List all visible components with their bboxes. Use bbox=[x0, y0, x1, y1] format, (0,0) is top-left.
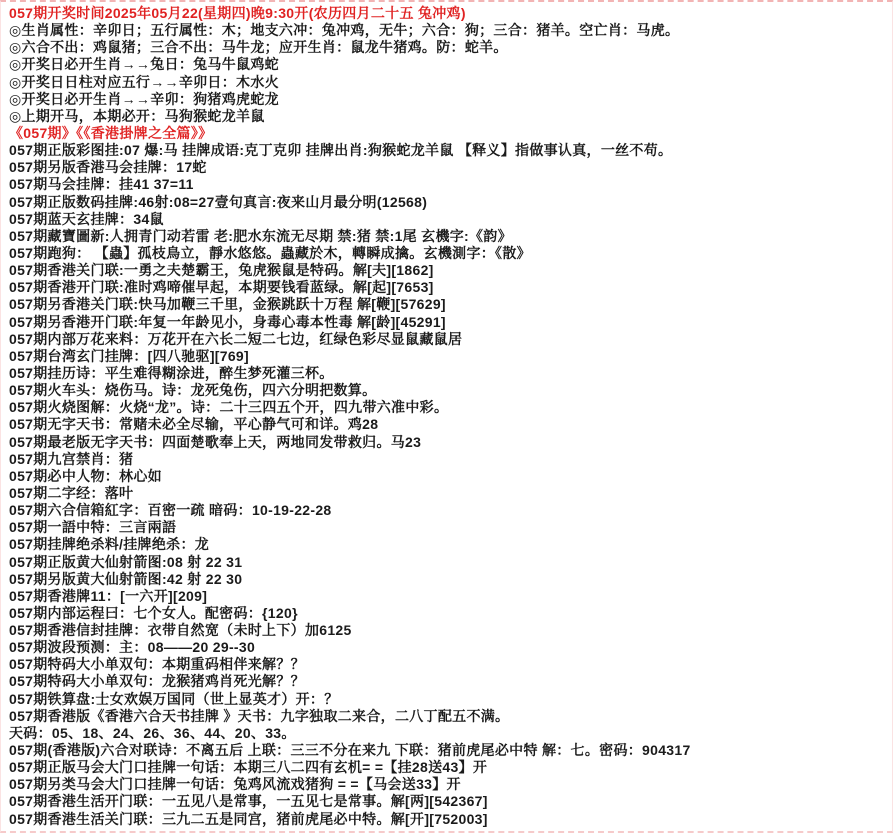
text-line: 057期藏寶圖新:人拥青门动若雷 老:肥水东流无尽期 禁:猪 禁:1尾 玄機字:… bbox=[9, 228, 888, 245]
text-line: 057期无字天书：常赌未必全尽输，平心静气可和详。鸡28 bbox=[9, 416, 888, 433]
text-line: 057期另类马会大门口挂牌一句话：兔鸡风流戏猪狗 = =【马会送33】开 bbox=[9, 776, 888, 793]
text-line: 057期正版马会大门口挂牌一句话：本期三八二四有玄机= =【挂28送43】开 bbox=[9, 759, 888, 776]
text-line: 057期香港牌11：[一六开][209] bbox=[9, 588, 888, 605]
text-lines-container: 057期开奖时间2025年05月22(星期四)晚9:30开(农历四月二十五 兔冲… bbox=[9, 5, 888, 828]
text-line: 057期一語中特：三言兩語 bbox=[9, 519, 888, 536]
text-line: 057期香港开门联:准时鸡啼催早起，本期要钱看蓝绿。解[起][7653] bbox=[9, 279, 888, 296]
text-line: 057期波段预测：主：08——20 29--30 bbox=[9, 639, 888, 656]
text-line: 057期特码大小单双句：龙猴猪鸡肖死光解？？ bbox=[9, 673, 888, 690]
lottery-info-page: 057期开奖时间2025年05月22(星期四)晚9:30开(农历四月二十五 兔冲… bbox=[0, 0, 893, 833]
text-line: 057期挂牌绝杀料/挂牌绝杀：龙 bbox=[9, 536, 888, 553]
text-line: 057期马会挂牌：挂41 37=11 bbox=[9, 176, 888, 193]
text-line: 057期另香港开门联:年复一年龄见小，身毒心毒本性毒 解[龄][45291] bbox=[9, 314, 888, 331]
text-line: ◎生肖属性：辛卯日；五行属性：木；地支六冲：兔冲鸡，无牛；六合：狗；三合：猪羊。… bbox=[9, 22, 888, 39]
text-line: 057期香港信封挂牌：衣带自然宽（未时上下）加6125 bbox=[9, 622, 888, 639]
text-line: 天码：05、18、24、26、36、44、20、33。 bbox=[9, 725, 888, 742]
text-line: 057期台湾玄门挂牌：[四八驰驱][769] bbox=[9, 348, 888, 365]
text-line: 057期二字经：落叶 bbox=[9, 485, 888, 502]
text-line: ◎开奖日必开生肖→→兔日：兔马牛鼠鸡蛇 bbox=[9, 56, 888, 73]
text-line: 057期香港版《香港六合天书挂牌 》天书：九字独取二来合，二八丁配五不满。 bbox=[9, 708, 888, 725]
text-line: 057期铁算盘:士女欢娱万国同（世上显英才）开：？ bbox=[9, 691, 888, 708]
text-line: 057期香港生活开门联：一五见八是常事，一五见七是常事。解[两][542367] bbox=[9, 793, 888, 810]
text-line: 057期特码大小单双句：本期重码相伴来解？？ bbox=[9, 656, 888, 673]
text-line: 057期九宫禁肖：猪 bbox=[9, 451, 888, 468]
text-line: 057期正版黄大仙射箭图:08 射 22 31 bbox=[9, 554, 888, 571]
text-line: 057期内部万花来料：万花开在六长二短二七边，红绿色彩尽显鼠藏鼠居 bbox=[9, 331, 888, 348]
text-line: 057期火烧图解：火烧“龙”。诗：二十三四五个开，四九带六准中彩。 bbox=[9, 399, 888, 416]
text-line: 057期六合信箱紅字：百密一疏 暗码：10-19-22-28 bbox=[9, 502, 888, 519]
text-line: 057期(香港版)六合对联诗：不离五后 上联：三三不分在来九 下联：猪前虎尾必中… bbox=[9, 742, 888, 759]
text-line: ◎开奖日必开生肖→→辛卯：狗猪鸡虎蛇龙 bbox=[9, 91, 888, 108]
text-line: 057期另香港关门联:快马加鞭三千里，金猴跳跃十万程 解[鞭][57629] bbox=[9, 296, 888, 313]
text-line: 057期另版黄大仙射箭图:42 射 22 30 bbox=[9, 571, 888, 588]
text-line: 057期内部运程曰：七个女人。配密码：{120} bbox=[9, 605, 888, 622]
text-line: 057期正版彩图挂:07 爆:马 挂牌成语:克丁克卯 挂牌出肖:狗猴蛇龙羊鼠 【… bbox=[9, 142, 888, 159]
text-line: 057期跑狗： 【蟲】孤枝鳥立，靜水悠悠。蟲藏於木，轉瞬成擒。玄機測字：《散》 bbox=[9, 245, 888, 262]
text-line: 057期必中人物：林心如 bbox=[9, 468, 888, 485]
text-line: ◎开奖日日柱对应五行→→辛卯日：木水火 bbox=[9, 74, 888, 91]
text-line: ◎上期开马，本期必开：马狗猴蛇龙羊鼠 bbox=[9, 108, 888, 125]
text-line: ◎六合不出：鸡鼠猪；三合不出：马牛龙；应开生肖：鼠龙牛猪鸡。防：蛇羊。 bbox=[9, 39, 888, 56]
text-line: 057期火车头：烧伤马。诗：龙死兔伤，四六分明把数算。 bbox=[9, 382, 888, 399]
text-line: 057期正版数码挂牌:46射:08=27壹句真言:夜来山月最分明(12568) bbox=[9, 194, 888, 211]
text-line: 057期另版香港马会挂牌：17蛇 bbox=[9, 159, 888, 176]
highlighted-text-line: 057期开奖时间2025年05月22(星期四)晚9:30开(农历四月二十五 兔冲… bbox=[9, 5, 888, 22]
text-line: 057期挂历诗：平生难得糊涂进，醉生梦死灌三杯。 bbox=[9, 365, 888, 382]
text-line: 057期香港关门联:一勇之夫楚霸王，兔虎猴鼠是特码。解[夫][1862] bbox=[9, 262, 888, 279]
text-line: 057期蓝天玄挂牌：34鼠 bbox=[9, 211, 888, 228]
text-line: 057期香港生活关门联：三九二五是同宫，猪前虎尾必中特。解[开][752003] bbox=[9, 811, 888, 828]
text-line: 057期最老版无字天书：四面楚歌奉上天，两地同发带救归。马23 bbox=[9, 434, 888, 451]
highlighted-text-line: 《057期》《《香港掛牌之全篇》》 bbox=[9, 125, 888, 142]
